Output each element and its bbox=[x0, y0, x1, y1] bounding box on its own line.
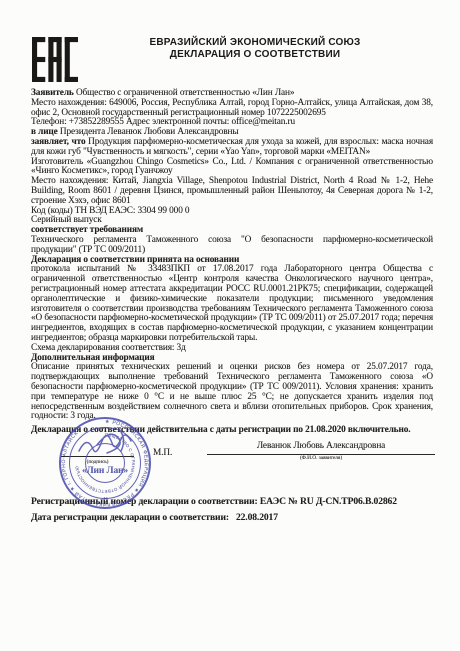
compliance-text: Технического регламента Таможенного союз… bbox=[31, 236, 433, 256]
fio-caption: (Ф.И.О. заявителя) bbox=[207, 455, 435, 462]
document-header: ЕВРАЗИЙСКИЙ ЭКОНОМИЧЕСКИЙ СОЮЗ ДЕКЛАРАЦИ… bbox=[120, 37, 390, 60]
registration-date-line: Дата регистрации декларации о соответств… bbox=[31, 510, 433, 526]
registration-date-label: Дата регистрации декларации о соответств… bbox=[31, 512, 229, 523]
union-title: ЕВРАЗИЙСКИЙ ЭКОНОМИЧЕСКИЙ СОЮЗ bbox=[120, 37, 390, 49]
representative-label: в лице bbox=[31, 127, 58, 137]
svg-text:ОБЩЕСТВО С ОГРАНИЧЕННОЙ ОТВЕТС: ОБЩЕСТВО С ОГРАНИЧЕННОЙ ОТВЕТСТВЕННОСТЬЮ bbox=[74, 432, 136, 494]
basis-text: протокола испытаний № 33483ПКП от 17.08.… bbox=[31, 265, 433, 343]
stamp-center-text: «Лин Лан» bbox=[82, 466, 128, 476]
additional-info-text: Описание принятых технических решений и … bbox=[31, 363, 433, 422]
declaration-document: ЕВРАЗИЙСКИЙ ЭКОНОМИЧЕСКИЙ СОЮЗ ДЕКЛАРАЦИ… bbox=[0, 0, 460, 651]
compliance-heading-text: соответствует требованиям bbox=[31, 225, 143, 235]
manufacturer-address: Место нахождения: Китай, Jiangxia Villag… bbox=[31, 177, 433, 206]
signatory-block: Леванюк Любовь Александровна (Ф.И.О. зая… bbox=[207, 441, 435, 462]
product-line: заявляет, что Продукция парфюмерно-косме… bbox=[31, 138, 433, 158]
representative-value: Президента Леванюк Любови Александровны bbox=[60, 127, 239, 137]
applicant-label: Заявитель bbox=[31, 88, 74, 98]
manufacturer-line: Изготовитель «Guangzhou Chingo Cosmetics… bbox=[31, 158, 433, 178]
signatory-name: Леванюк Любовь Александровна bbox=[207, 441, 435, 452]
registration-date-value: 22.08.2017 bbox=[236, 512, 278, 523]
document-title: ДЕКЛАРАЦИЯ О СООТВЕТСТВИИ bbox=[120, 49, 390, 61]
applicant-value: Общество с ограниченной ответственностью… bbox=[76, 88, 294, 98]
mp-label: М.П. bbox=[153, 449, 172, 459]
declaration-body: Заявитель Общество с ограниченной ответс… bbox=[31, 89, 433, 526]
applicant-address: Место нахождения: 649006, Россия, Респуб… bbox=[31, 99, 433, 119]
stamp-inner-ring-text: ОБЩЕСТВО С ОГРАНИЧЕННОЙ ОТВЕТСТВЕННОСТЬЮ bbox=[74, 432, 136, 494]
signature-area: (подпись) М.П. Леванюк Любовь Александро… bbox=[31, 441, 433, 485]
eac-mark-icon bbox=[32, 37, 78, 82]
product-value: Продукция парфюмерно-косметическая для у… bbox=[31, 137, 433, 157]
company-stamp: ★ РОССИЙСКАЯ ФЕДЕРАЦИЯ ★ РЕСПУБЛИКА АЛТА… bbox=[57, 415, 153, 511]
declares-label: заявляет, что bbox=[31, 137, 85, 147]
